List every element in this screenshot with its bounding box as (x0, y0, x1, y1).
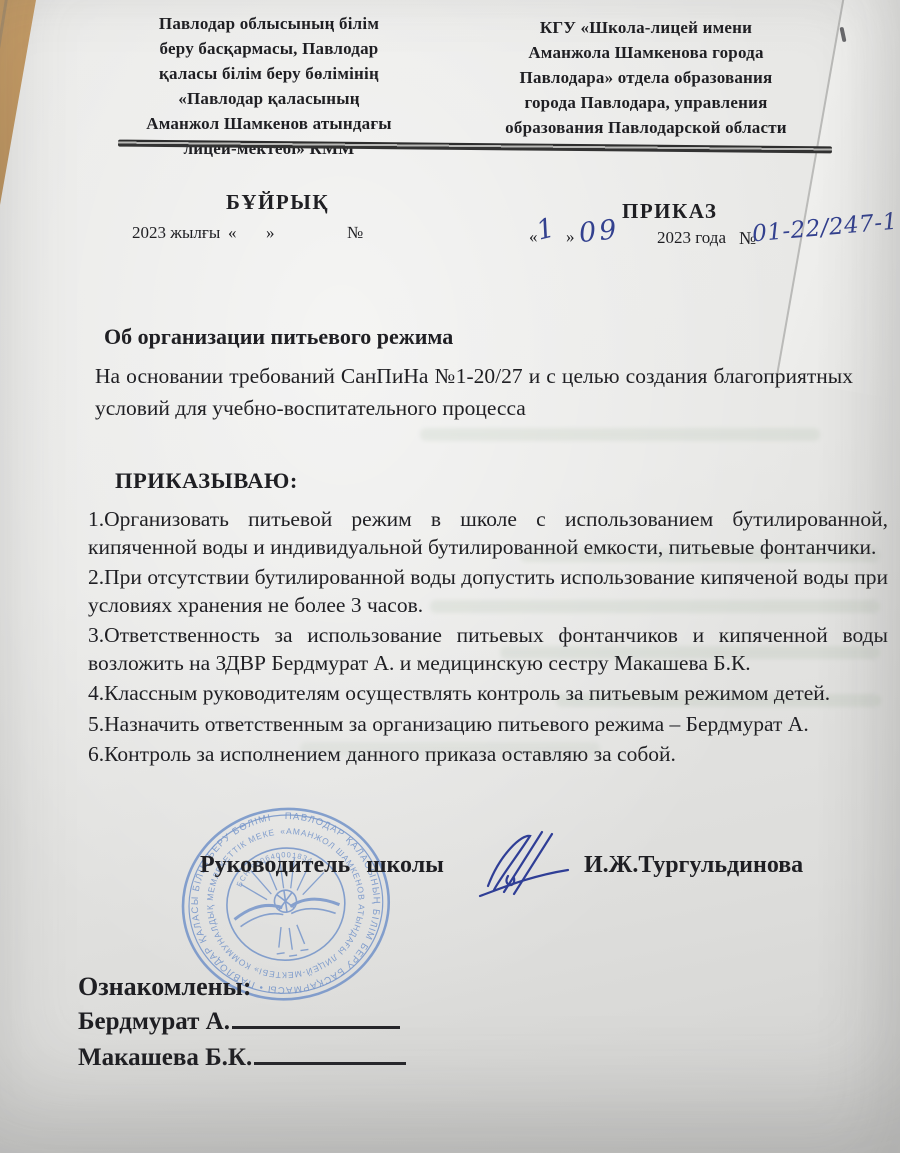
signature-role: Руководитель школы (200, 852, 444, 879)
person-name: Бердмурат А. (78, 1008, 230, 1035)
number-sign-kk: № (347, 223, 363, 243)
order-item-3: 3.Ответственность за использование питье… (88, 622, 888, 677)
document-photo: Павлодар облысының білім беру басқармасы… (0, 0, 900, 1153)
letterhead-line: Павлодар облысының білім (110, 12, 428, 37)
letterhead-line: КГУ «Школа-лицей имени (450, 16, 842, 41)
order-title-russian: ПРИКАЗ (622, 199, 717, 224)
letterhead-line: қаласы білім беру бөлімінің (110, 62, 428, 87)
signature-blank-line (232, 1026, 400, 1029)
quote-close: » (566, 227, 575, 247)
letterhead-line: города Павлодара, управления (450, 91, 842, 116)
quote-open: « (228, 223, 237, 243)
letterhead-line: Аманжол Шамкенов атындағы (110, 112, 428, 137)
order-command-word: ПРИКАЗЫВАЮ: (115, 468, 298, 494)
order-date-kk-year: 2023 жылғы (132, 223, 220, 243)
order-item-2: 2.При отсутствии бутилированной воды доп… (88, 564, 888, 619)
order-items: 1.Организовать питьевой режим в школе с … (88, 506, 888, 772)
order-item-1: 1.Организовать питьевой режим в школе с … (88, 506, 888, 561)
letterhead-russian: КГУ «Школа-лицей имени Аманжола Шамкенов… (450, 16, 842, 141)
letterhead-line: Павлодара» отдела образования (450, 66, 842, 91)
acknowledged-person: Бердмурат А. (78, 1008, 400, 1036)
order-subject: Об организации питьевого режима (104, 324, 453, 350)
order-date-ru-year: 2023 года (657, 228, 726, 248)
letterhead-line: «Павлодар қаласының (110, 87, 428, 112)
acknowledged-label: Ознакомлены: (78, 972, 252, 1002)
letterhead-line: Аманжола Шамкенова города (450, 41, 842, 66)
person-name: Макашева Б.К. (78, 1044, 252, 1071)
order-item-6: 6.Контроль за исполнением данного приказ… (88, 741, 888, 769)
wooden-table-corner (0, 0, 120, 300)
letterhead-line: беру басқармасы, Павлодар (110, 37, 428, 62)
order-item-4: 4.Классным руководителям осуществлять ко… (88, 680, 888, 708)
letterhead-line: образования Павлодарской области (450, 116, 842, 141)
signature-name: И.Ж.Тургульдинова (584, 852, 803, 879)
acknowledged-person: Макашева Б.К. (78, 1044, 406, 1072)
order-preamble: На основании требований СанПиНа №1-20/27… (95, 360, 853, 425)
handwritten-month: 09 (577, 214, 620, 249)
order-title-kazakh: БҰЙРЫҚ (226, 190, 329, 215)
bleed-through-text (420, 428, 820, 441)
order-item-5: 5.Назначить ответственным за организацию… (88, 711, 888, 739)
director-signature (468, 826, 580, 910)
quote-close: » (266, 223, 275, 243)
signature-blank-line (254, 1062, 406, 1065)
